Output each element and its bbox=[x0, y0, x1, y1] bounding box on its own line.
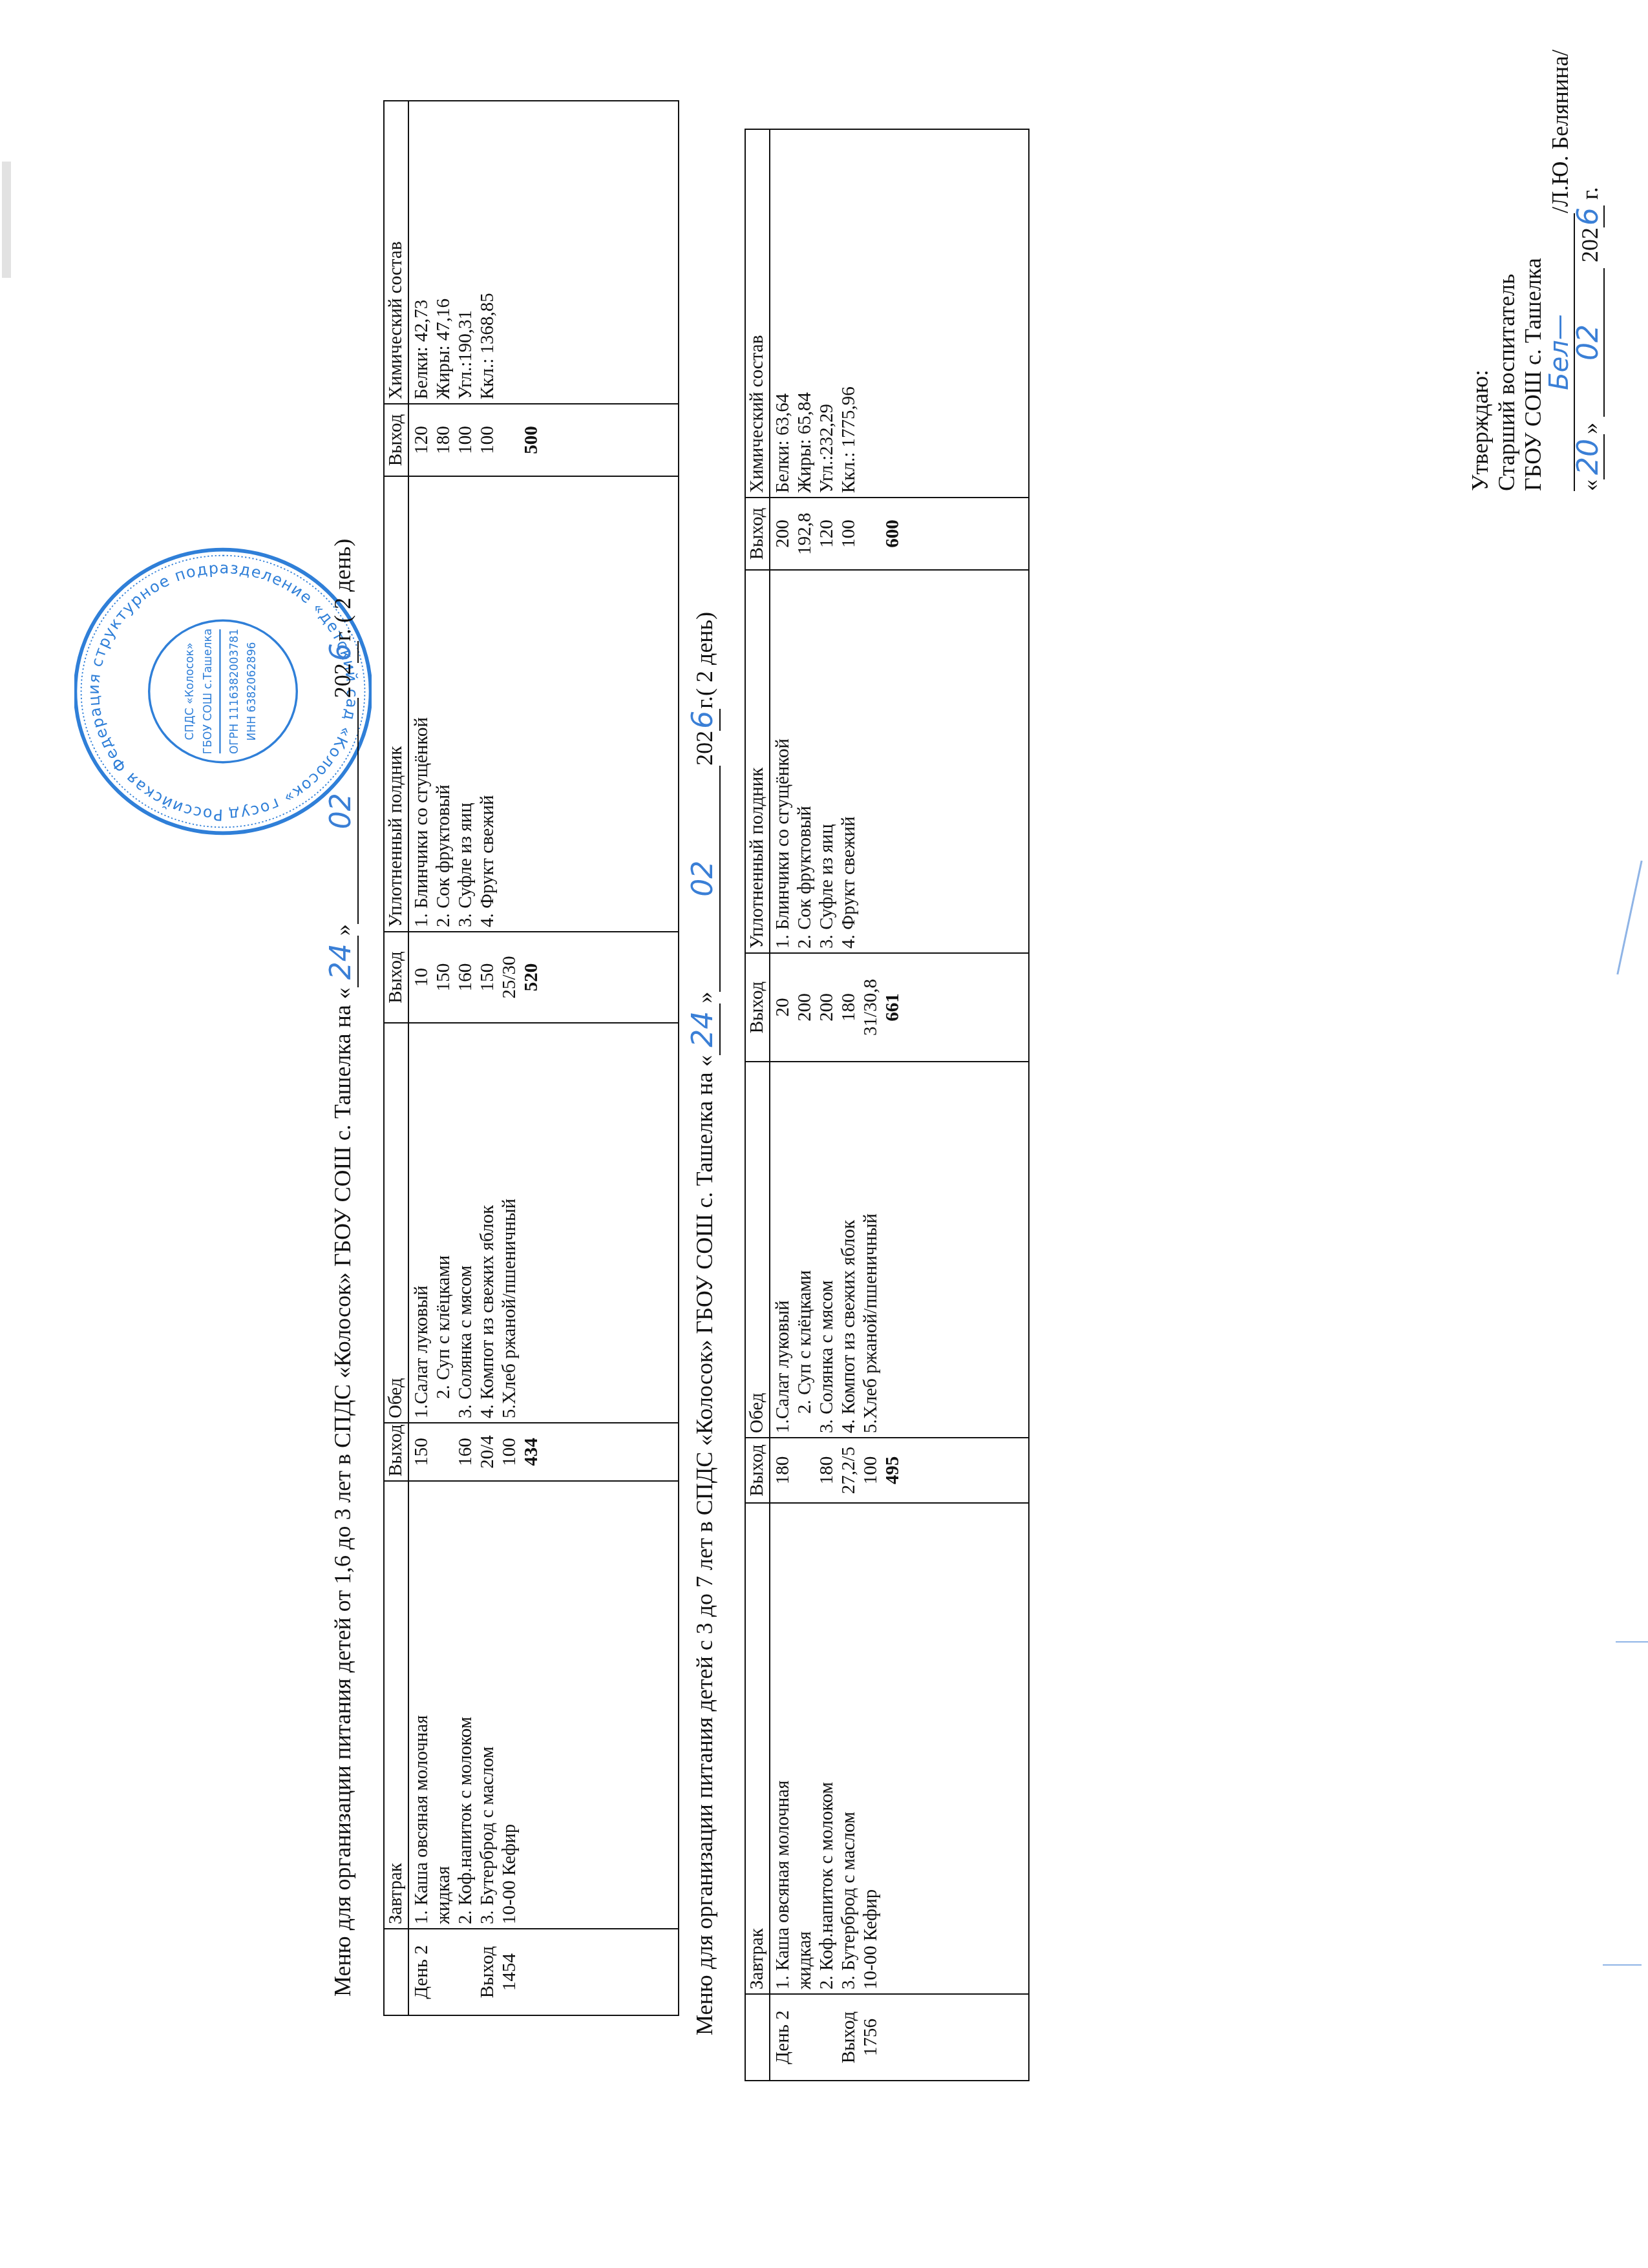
column-total: 661 bbox=[882, 958, 903, 1057]
scan-pen-mark bbox=[1616, 861, 1642, 975]
output-value: 25/30 bbox=[498, 936, 520, 1018]
output-value: 180 bbox=[816, 1442, 838, 1498]
chemical-value: Угл.:190,31 bbox=[454, 105, 476, 399]
day-cell: День 2 Выход 1756 bbox=[770, 1994, 1029, 2081]
header-chemical: Химический состав bbox=[745, 129, 770, 498]
output-value: 120 bbox=[410, 408, 432, 472]
svg-text:СПДС «Колосок»: СПДС «Колосок» bbox=[184, 643, 196, 740]
menu-title-preschool: Меню для организации питания детей с 3 д… bbox=[688, 304, 721, 2035]
breakfast-item: 1. Каша овсяная молочная bbox=[410, 1486, 432, 1924]
day-cell: День 2 Выход 1454 bbox=[408, 1929, 679, 2015]
snack-item: 4. Фрукт свежий bbox=[476, 481, 498, 927]
signature-name: /Л.Ю. Белянина/ bbox=[1547, 50, 1573, 213]
output-value: 200 bbox=[794, 958, 816, 1057]
table-header-row: Завтрак Выход Обед Выход Уплотненный пол… bbox=[745, 129, 770, 2081]
approval-day: 20 bbox=[1575, 439, 1601, 475]
column-total: 495 bbox=[882, 1442, 903, 1498]
breakfast-item: 2. Коф.напиток с молоком bbox=[454, 1486, 476, 1924]
output-value: 200 bbox=[816, 958, 838, 1057]
breakfast-item: 1. Каша овсяная молочная bbox=[772, 1507, 794, 1990]
svg-text:Российская Федерация структурн: Российская Федерация структурное подразд… bbox=[74, 559, 361, 846]
lunch-item: 5.Хлеб ржаной/пшеничный bbox=[860, 1066, 882, 1433]
scan-pen-mark bbox=[1603, 1964, 1642, 1966]
output-value: 100 bbox=[838, 502, 860, 565]
column-total: 600 bbox=[882, 502, 903, 565]
breakfast-item: 2. Коф.напиток с молоком bbox=[816, 1507, 838, 1990]
snack-item: 3. Суфле из яиц bbox=[454, 481, 476, 927]
snack-items: 1. Блинчики со сгущёнкой2. Сок фруктовый… bbox=[770, 570, 1029, 953]
lunch-outputs: 1015016015025/30520 bbox=[408, 932, 679, 1023]
breakfast-item: 3. Бутерброд с маслом bbox=[838, 1507, 860, 1990]
output-value bbox=[794, 1442, 816, 1498]
lunch-items: 1.Салат луковый2. Суп с клёцками3. Солян… bbox=[408, 1023, 679, 1423]
menu-table-toddlers: Завтрак Выход Обед Выход Уплотненный пол… bbox=[383, 101, 679, 2016]
chemical-value: Ккл.: 1775,96 bbox=[838, 134, 860, 493]
menu1-month: 02 bbox=[326, 793, 355, 829]
snack-items: 1. Блинчики со сгущёнкой2. Сок фруктовый… bbox=[408, 476, 679, 932]
header-lunch: Обед bbox=[384, 1023, 408, 1423]
svg-text:ГБОУ СОШ с.Ташелка: ГБОУ СОШ с.Ташелка bbox=[202, 629, 215, 755]
header-output: Выход bbox=[384, 1423, 408, 1481]
output-value: 150 bbox=[432, 936, 454, 1018]
snack-item: 2. Сок фруктовый bbox=[432, 481, 454, 927]
menu1-day: 24 bbox=[326, 943, 355, 980]
snack-item: 2. Сок фруктовый bbox=[794, 574, 816, 949]
header-breakfast: Завтрак bbox=[745, 1503, 770, 1994]
breakfast-item: жидкая bbox=[794, 1507, 816, 1990]
handwritten-signature: Бел— bbox=[1547, 314, 1573, 390]
signature-field: Бел— bbox=[1547, 213, 1575, 491]
menu-table-preschool: Завтрак Выход Обед Выход Уплотненный пол… bbox=[745, 130, 1030, 2081]
header-snack: Уплотненный полдник bbox=[745, 570, 770, 953]
scan-edge-mark bbox=[2, 162, 11, 278]
chemical-value: Ккл.: 1368,85 bbox=[476, 105, 498, 399]
column-total: 434 bbox=[520, 1427, 542, 1476]
table-row: День 2 Выход 1454 1. Каша овсяная молочн… bbox=[408, 101, 679, 2015]
output-value: 192,8 bbox=[794, 502, 816, 565]
output-value: 20 bbox=[772, 958, 794, 1057]
svg-text:ОГРН 1116382003781: ОГРН 1116382003781 bbox=[228, 629, 241, 754]
svg-text:ИНН 6382062896: ИНН 6382062896 bbox=[246, 642, 259, 741]
header-output: Выход bbox=[745, 498, 770, 570]
table-header-row: Завтрак Выход Обед Выход Уплотненный пол… bbox=[384, 101, 408, 2015]
snack-item: 1. Блинчики со сгущёнкой bbox=[410, 481, 432, 927]
column-total: 500 bbox=[520, 408, 542, 472]
menu2-day: 24 bbox=[688, 1011, 717, 1047]
output-value: 20/4 bbox=[476, 1427, 498, 1476]
chemical-value: Жиры: 47,16 bbox=[432, 105, 454, 399]
lunch-item: 5.Хлеб ржаной/пшеничный bbox=[498, 1027, 520, 1418]
snack-outputs: 200192,8120100600 bbox=[770, 498, 1029, 570]
output-value: 150 bbox=[476, 936, 498, 1018]
lunch-items: 1.Салат луковый2. Суп с клёцками3. Солян… bbox=[770, 1062, 1029, 1438]
lunch-item: 3. Солянка с мясом bbox=[454, 1027, 476, 1418]
table-row: День 2 Выход 1756 1. Каша овсяная молочн… bbox=[770, 129, 1029, 2081]
chemical-value: Угл.:232,29 bbox=[816, 134, 838, 493]
snack-item: 1. Блинчики со сгущёнкой bbox=[772, 574, 794, 949]
header-day bbox=[384, 1929, 408, 2015]
lunch-item: 1.Салат луковый bbox=[772, 1066, 794, 1433]
output-value: 27,2/5 bbox=[838, 1442, 860, 1498]
day-total: 1454 bbox=[498, 1933, 520, 2011]
column-total: 520 bbox=[520, 936, 542, 1018]
breakfast-item: 10-00 Кефир bbox=[498, 1486, 520, 1924]
chemical-composition: Белки: 63,64Жиры: 65,84Угл.:232,29Ккл.: … bbox=[770, 129, 1029, 498]
output-value: 100 bbox=[498, 1427, 520, 1476]
lunch-item: 1.Салат луковый bbox=[410, 1027, 432, 1418]
output-value: 200 bbox=[772, 502, 794, 565]
menu2-year: 6 bbox=[688, 711, 717, 729]
snack-item: 4. Фрукт свежий bbox=[838, 574, 860, 949]
output-value: 10 bbox=[410, 936, 432, 1018]
output-value: 100 bbox=[476, 408, 498, 472]
output-value: 31/30,8 bbox=[860, 958, 882, 1057]
lunch-item: 2. Суп с клёцками bbox=[794, 1066, 816, 1433]
header-snack: Уплотненный полдник bbox=[384, 476, 408, 932]
approval-block: Утверждаю: Старший воспитатель ГБОУ СОШ … bbox=[1467, 71, 1622, 491]
breakfast-item: 10-00 Кефир bbox=[860, 1507, 882, 1990]
header-chemical: Химический состав bbox=[384, 101, 408, 404]
output-value: 120 bbox=[816, 502, 838, 565]
approval-year: 6 bbox=[1575, 207, 1601, 226]
header-day bbox=[745, 1994, 770, 2081]
menu2-month: 02 bbox=[688, 861, 717, 897]
lunch-item: 4. Компот из свежих яблок bbox=[476, 1027, 498, 1418]
output-value: 100 bbox=[860, 1442, 882, 1498]
snack-item: 3. Суфле из яиц bbox=[816, 574, 838, 949]
output-value: 160 bbox=[454, 1427, 476, 1476]
header-output: Выход bbox=[745, 1438, 770, 1503]
output-value: 100 bbox=[454, 408, 476, 472]
chemical-value: Жиры: 65,84 bbox=[794, 134, 816, 493]
output-value: 180 bbox=[432, 408, 454, 472]
approval-signature-line: Бел— /Л.Ю. Белянина/ bbox=[1547, 71, 1575, 491]
header-output: Выход bbox=[745, 953, 770, 1062]
approval-heading: Утверждаю: bbox=[1467, 71, 1494, 491]
snack-outputs: 120180100100500 bbox=[408, 404, 679, 476]
day-total: 1756 bbox=[860, 1999, 882, 2076]
lunch-item: 3. Солянка с мясом bbox=[816, 1066, 838, 1433]
chemical-composition: Белки: 42,73Жиры: 47,16Угл.:190,31Ккл.: … bbox=[408, 101, 679, 404]
breakfast-items: 1. Каша овсяная молочнаяжидкая2. Коф.нап… bbox=[408, 1481, 679, 1929]
chemical-value: Белки: 63,64 bbox=[772, 134, 794, 493]
scan-pen-mark bbox=[1616, 1641, 1648, 1643]
approval-position: Старший воспитатель bbox=[1494, 71, 1520, 491]
lunch-item: 2. Суп с клёцками bbox=[432, 1027, 454, 1418]
lunch-item: 4. Компот из свежих яблок bbox=[838, 1066, 860, 1433]
header-output: Выход bbox=[384, 932, 408, 1023]
breakfast-outputs: 15016020/4100434 bbox=[408, 1423, 679, 1481]
breakfast-outputs: 18018027,2/5100495 bbox=[770, 1438, 1029, 1503]
menu1-year: 6 bbox=[326, 643, 355, 661]
output-value: 180 bbox=[772, 1442, 794, 1498]
header-lunch: Обед bbox=[745, 1062, 770, 1438]
approval-date: «20» 02 2026 г. bbox=[1575, 71, 1605, 491]
lunch-outputs: 2020020018031/30,8661 bbox=[770, 953, 1029, 1062]
output-value: 150 bbox=[410, 1427, 432, 1476]
output-value: 160 bbox=[454, 936, 476, 1018]
approval-month: 02 bbox=[1575, 324, 1601, 361]
header-breakfast: Завтрак bbox=[384, 1481, 408, 1929]
approval-organization: ГБОУ СОШ с. Ташелка bbox=[1520, 71, 1547, 491]
chemical-value: Белки: 42,73 bbox=[410, 105, 432, 399]
breakfast-item: 3. Бутерброд с маслом bbox=[476, 1486, 498, 1924]
breakfast-item: жидкая bbox=[432, 1486, 454, 1924]
output-value bbox=[432, 1427, 454, 1476]
output-value: 180 bbox=[838, 958, 860, 1057]
menu-title-toddlers: Меню для организации питания детей от 1,… bbox=[326, 265, 359, 1997]
breakfast-items: 1. Каша овсяная молочнаяжидкая2. Коф.нап… bbox=[770, 1503, 1029, 1994]
header-output: Выход bbox=[384, 404, 408, 476]
